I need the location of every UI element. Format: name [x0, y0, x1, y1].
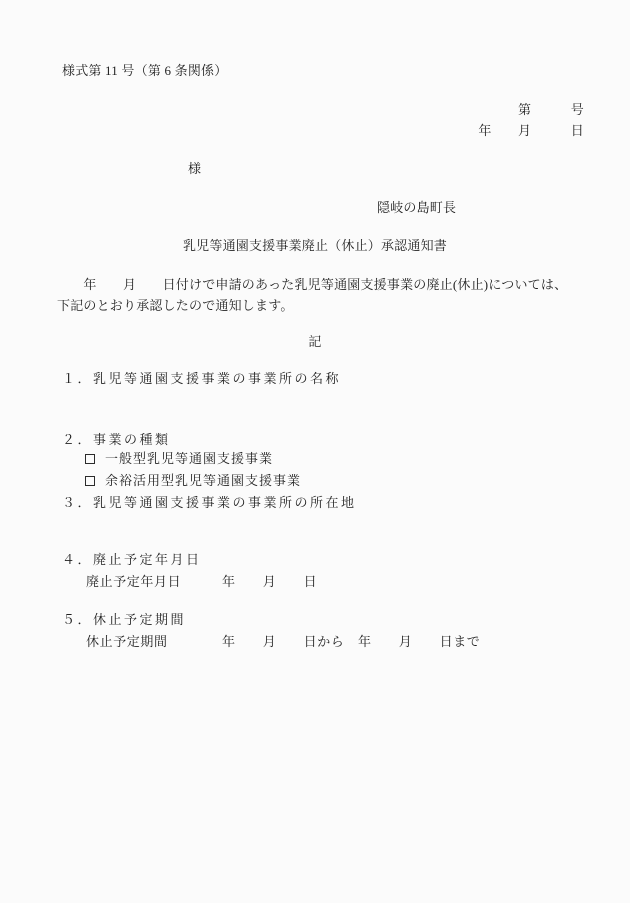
item-3-business-address-heading: ３．乳児等通園支援事業の事業所の所在地 [62, 495, 357, 511]
checkbox-icon [85, 476, 95, 486]
item-5-suspension-period-detail: 休止予定期間 年 月 日から 年 月 日まで [86, 634, 480, 650]
checkbox-icon [85, 454, 95, 464]
item-2-business-type-heading: ２．事業の種類 [62, 432, 171, 448]
item-1-business-name-heading: １．乳児等通園支援事業の事業所の名称 [62, 371, 341, 387]
addressee-honorific: 様 [188, 161, 201, 177]
document-page: 様式第 11 号（第 6 条関係） 第 号 年 月 日 様 隠岐の島町長 乳児等… [0, 0, 630, 903]
option-surplus-use-type: 余裕活用型乳児等通園支援事業 [85, 473, 301, 489]
document-title: 乳児等通園支援事業廃止（休止）承認通知書 [0, 238, 630, 254]
sender-title: 隠岐の島町長 [377, 200, 456, 216]
option-general-type: 一般型乳児等通園支援事業 [85, 451, 273, 467]
section-marker: 記 [0, 334, 630, 350]
body-paragraph-line1: 年 月 日付けで申請のあった乳児等通園支援事業の廃止(休止)については、 [57, 277, 567, 293]
item-4-abolition-date-detail: 廃止予定年月日 年 月 日 [86, 574, 317, 590]
body-paragraph-line2: 下記のとおり承認したので通知します。 [57, 298, 294, 314]
issue-date-line: 年 月 日 [478, 123, 584, 139]
item-5-suspension-period-heading: ５．休止予定期間 [62, 612, 186, 628]
option-label: 一般型乳児等通園支援事業 [105, 451, 273, 467]
form-number-note: 様式第 11 号（第 6 条関係） [62, 63, 227, 79]
option-label: 余裕活用型乳児等通園支援事業 [105, 473, 301, 489]
document-number-line: 第 号 [518, 102, 584, 118]
item-4-abolition-date-heading: ４．廃止予定年月日 [62, 552, 202, 568]
